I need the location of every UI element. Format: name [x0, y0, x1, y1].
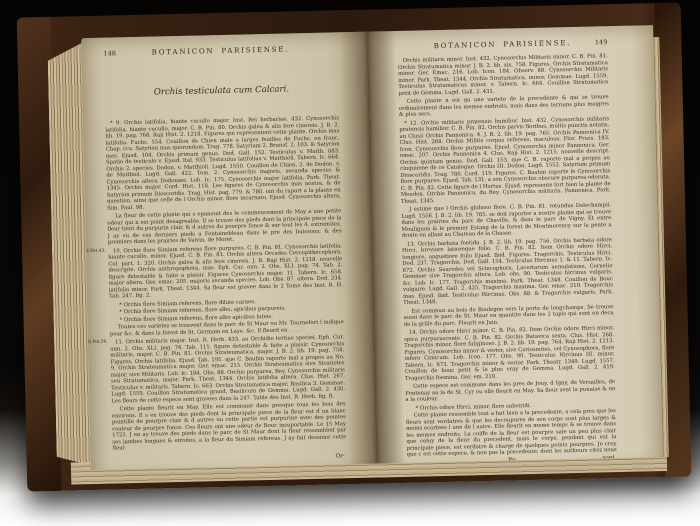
body-paragraph: Est commun au bois de Boulogne vers la p…: [403, 304, 613, 328]
page-spread: 148 BOTANICON PARISIENSE. Orchis testicu…: [81, 25, 663, 470]
left-page-header: 148 BOTANICON PARISIENSE.: [103, 44, 337, 62]
open-book: 148 BOTANICON PARISIENSE. Orchis testicu…: [17, 3, 692, 492]
body-paragraph: Cette espece est commune dans les pres d…: [405, 379, 615, 403]
entry-paragraph-10: 10. Orchis flore Simiam referens flore p…: [108, 243, 343, 300]
body-paragraph: Cette plante fleurit en May. Elle est co…: [112, 401, 347, 452]
running-head-right: BOTANICON PARISIENSE.: [423, 39, 581, 51]
right-page: BOTANICON PARISIENSE. 149 Orchis militar…: [367, 25, 663, 463]
section-heading: Orchis testiculata cum Calcari.: [104, 83, 338, 98]
entry-paragraph-13: 13. Orchis barbata foetida. J. B. 2. lib…: [402, 237, 613, 307]
margin-note: H.Pet.912.: [616, 324, 617, 330]
margin-note: H.Pet.111. & 748.: [614, 236, 617, 242]
header-spacer: [398, 48, 424, 49]
right-page-text: Orchis militaris minor. Inst. 432. Cynos…: [398, 53, 617, 458]
entry-paragraph-11-cont: Orchis militaris minor. Inst. 432. Cynos…: [398, 53, 609, 97]
header-spacer: [312, 50, 338, 51]
margin-note: H.Pet.298.: [610, 53, 617, 58]
entry-paragraph-9: * 9. Orchis latifolia, hiante cucullo ma…: [105, 115, 341, 211]
entry-paragraph-14: 14. Orchis odore Hirci minor. C. B. Pin.…: [404, 325, 615, 382]
catchword-left: Or-: [113, 453, 347, 464]
body-paragraph: Cette plante ressemble tout a fait bien …: [406, 408, 617, 458]
page-number-right: 149: [581, 38, 607, 47]
margin-note: H.Pet.43.: [85, 248, 107, 253]
photo-scene: 148 BOTANICON PARISIENSE. Orchis testicu…: [0, 0, 700, 526]
left-page-text: * 9. Orchis latifolia, hiante cucullo ma…: [105, 115, 346, 452]
body-paragraph: La fleur de cette plante qui s epanouit …: [107, 208, 342, 246]
entry-paragraph-11: 11. Orchis militaris major. Inst. R. Her…: [110, 334, 345, 404]
left-page: 148 BOTANICON PARISIENSE. Orchis testicu…: [81, 32, 377, 470]
body-paragraph: Cette plante n est qu une variete de la …: [399, 94, 609, 118]
margin-note: H.Pet.59.: [87, 340, 109, 345]
body-paragraph: J estime que l Orchis globoso flore. C. …: [401, 202, 612, 239]
running-head-left: BOTANICON PARISIENSE.: [129, 45, 311, 57]
entry-paragraph-12: * 12. Orchis militaris pratensis humilio…: [399, 116, 611, 205]
page-number-left: 148: [103, 49, 129, 58]
